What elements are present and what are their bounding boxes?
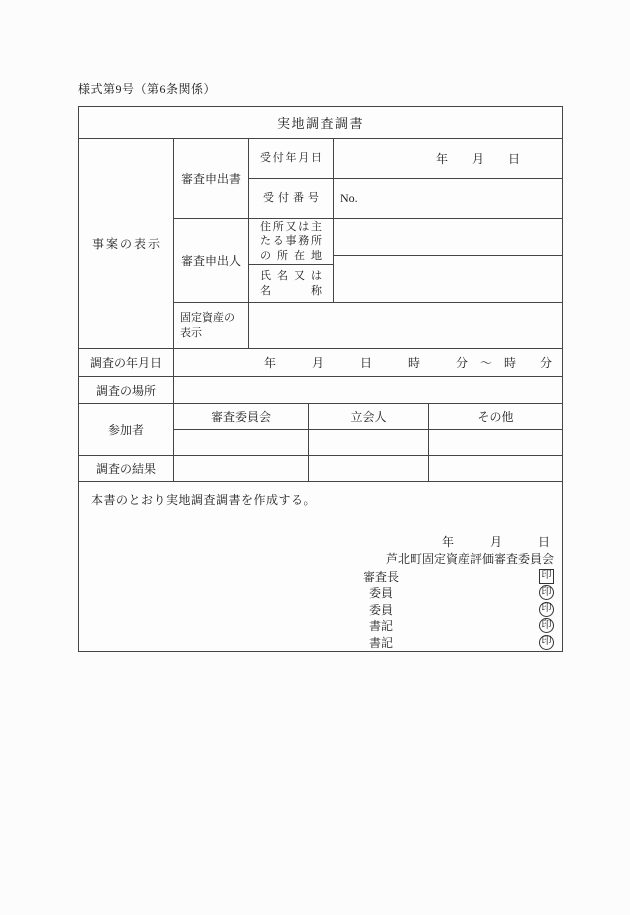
applicant-label-cell: 審査申出人	[174, 219, 249, 302]
applicant-label-column: 住所又は主 たる事務所 の所在地 氏名又は 名称	[249, 219, 334, 302]
reception-number-label: 受付番号	[249, 191, 333, 206]
role-label-chief: 審査長	[358, 568, 404, 585]
survey-date-label-cell: 調査の年月日	[79, 349, 174, 376]
participants-col-other-header: その他	[429, 404, 562, 429]
signature-date-line: 年 月 日	[354, 534, 554, 551]
signature-row-member-1: 委員 印	[354, 585, 554, 602]
role-label-member-1: 委員	[358, 584, 404, 601]
survey-date-value-cell: 年 月 日 時 分 ～ 時 分	[174, 349, 562, 376]
participants-value-row	[174, 430, 562, 455]
participants-header-row: 審査委員会 立会人 その他	[174, 404, 562, 430]
survey-date-row: 調査の年月日 年 月 日 時 分 ～ 時 分	[79, 349, 562, 377]
case-header-cell: 事案の表示	[79, 139, 174, 348]
reception-number-value-cell: No.	[334, 179, 562, 218]
applicant-block: 審査申出人 住所又は主 たる事務所 の所在地 氏名又は 名称	[174, 219, 562, 303]
applicant-value-column	[334, 219, 562, 302]
form-title: 実地調査調書	[79, 107, 562, 139]
survey-result-value-cell-3	[429, 456, 562, 481]
application-doc-label-cell: 審査申出書	[174, 139, 249, 218]
survey-result-label-cell: 調査の結果	[79, 456, 174, 481]
participants-other-value-cell	[429, 430, 562, 455]
seal-stamp-icon: 印	[539, 569, 554, 584]
application-doc-block: 審査申出書 受付年月日 年 月 日 受付番号 No.	[174, 139, 562, 219]
closing-statement: 本書のとおり実地調査調書を作成する。	[91, 492, 554, 508]
survey-result-row: 調査の結果	[79, 456, 562, 482]
reception-date-value-cell: 年 月 日	[334, 139, 562, 178]
fixed-asset-block: 固定資産の 表示	[174, 303, 562, 348]
reception-date-label-cell: 受付年月日	[249, 139, 334, 178]
participants-col-witness-header: 立会人	[309, 404, 429, 429]
role-label-member-2: 委員	[358, 601, 404, 618]
seal-stamp-icon: 印	[539, 585, 554, 600]
signature-row-clerk-1: 書記 印	[354, 618, 554, 635]
reception-number-label-cell: 受付番号	[249, 179, 334, 218]
survey-form-table: 実地調査調書 事案の表示 審査申出書 受付年月日 年 月 日	[78, 106, 563, 652]
applicant-name-value-cell	[334, 256, 562, 302]
role-label-clerk-2: 書記	[358, 634, 404, 651]
applicant-address-label-cell: 住所又は主 たる事務所 の所在地	[249, 219, 333, 265]
survey-place-row: 調査の場所	[79, 377, 562, 404]
reception-date-row: 受付年月日 年 月 日	[249, 139, 562, 179]
participants-committee-value-cell	[174, 430, 309, 455]
survey-place-value-cell	[174, 377, 562, 403]
reception-number-row: 受付番号 No.	[249, 179, 562, 218]
applicant-address-value-cell	[334, 219, 562, 256]
seal-stamp-icon: 印	[539, 618, 554, 633]
participants-body: 審査委員会 立会人 その他	[174, 404, 562, 455]
survey-result-value-cell-2	[309, 456, 429, 481]
seal-stamp-icon: 印	[539, 602, 554, 617]
committee-name: 芦北町固定資産評価審査委員会	[354, 551, 554, 568]
applicant-address-label: 住所又は主 たる事務所 の所在地	[249, 220, 333, 264]
reception-date-label: 受付年月日	[249, 151, 333, 166]
participants-label-cell: 参加者	[79, 404, 174, 455]
fixed-asset-value-cell	[249, 303, 562, 348]
signature-row-clerk-2: 書記 印	[354, 634, 554, 651]
role-label-clerk-1: 書記	[358, 617, 404, 634]
document-page: 様式第9号（第6条関係） 実地調査調書 事案の表示 審査申出書 受付年月日 年 …	[0, 0, 630, 652]
form-number-label: 様式第9号（第6条関係）	[78, 80, 630, 97]
fixed-asset-label: 固定資産の 表示	[174, 311, 248, 341]
participants-witness-value-cell	[309, 430, 429, 455]
participants-col-committee-header: 審査委員会	[174, 404, 309, 429]
case-section: 事案の表示 審査申出書 受付年月日 年 月 日	[79, 139, 562, 349]
signature-row-chief: 審査長 印	[354, 568, 554, 585]
applicant-name-label-cell: 氏名又は 名称	[249, 265, 333, 302]
signature-block: 年 月 日 芦北町固定資産評価審査委員会 審査長 印 委員 印 委員 印	[354, 534, 554, 651]
closing-section: 本書のとおり実地調査調書を作成する。 年 月 日 芦北町固定資産評価審査委員会 …	[79, 482, 562, 651]
survey-result-value-cell-1	[174, 456, 309, 481]
application-doc-rows: 受付年月日 年 月 日 受付番号 No.	[249, 139, 562, 218]
seal-stamp-icon: 印	[539, 635, 554, 650]
survey-place-label-cell: 調査の場所	[79, 377, 174, 403]
fixed-asset-label-cell: 固定資産の 表示	[174, 303, 249, 348]
case-body: 審査申出書 受付年月日 年 月 日 受付番号 No.	[174, 139, 562, 348]
participants-section: 参加者 審査委員会 立会人 その他	[79, 404, 562, 456]
signature-row-member-2: 委員 印	[354, 601, 554, 618]
applicant-name-label: 氏名又は 名称	[249, 269, 333, 298]
